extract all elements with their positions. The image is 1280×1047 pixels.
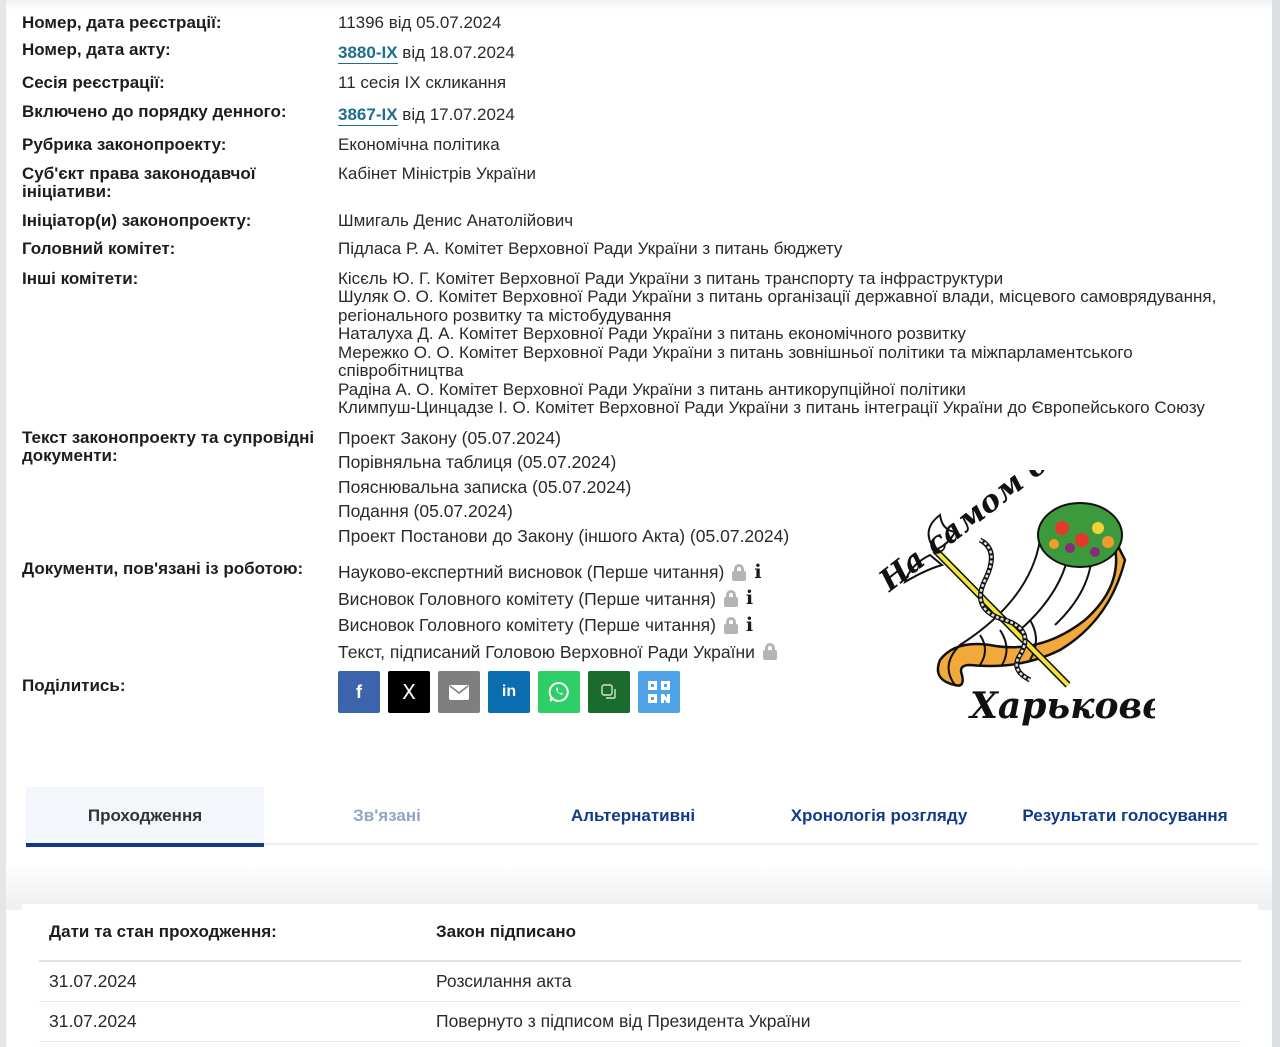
related-doc-title[interactable]: Висновок Головного комітету (Перше читан… — [338, 612, 716, 639]
tab-passage[interactable]: Проходження — [26, 787, 264, 845]
logo-text-bottom: Харькове — [968, 685, 1155, 727]
field-label: Сесія реєстрації: — [22, 74, 338, 93]
initiator-value: Шмигаль Денис Анатолійович — [338, 212, 1262, 231]
row-other-committees: Інші комітети: Кісєль Ю. Г. Комітет Верх… — [22, 270, 1262, 418]
share-copy-button[interactable] — [588, 671, 630, 713]
share-linkedin-button[interactable]: in — [488, 671, 530, 713]
field-label: Ініціатор(и) законопроекту: — [22, 212, 338, 231]
main-committee-value: Підласа Р. А. Комітет Верховної Ради Укр… — [338, 240, 1262, 259]
info-icon[interactable]: i — [746, 616, 753, 635]
row-agenda: Включено до порядку денного: 3867-IX від… — [22, 103, 1262, 125]
progress-label: Дати та стан проходження: — [39, 922, 436, 942]
share-facebook-button[interactable]: f — [338, 671, 380, 713]
top-shade — [6, 0, 1272, 10]
progress-table: Дати та стан проходження: Закон підписан… — [22, 904, 1258, 1047]
related-doc-title[interactable]: Висновок Головного комітету (Перше читан… — [338, 586, 716, 613]
row-date: 31.07.2024 — [39, 971, 436, 992]
row-event: Повернуто з підписом від Президента Укра… — [436, 1011, 1241, 1032]
tab-chronology[interactable]: Хронологія розгляду — [756, 787, 1002, 845]
table-row: 31.07.2024 Розсилання акта — [39, 962, 1241, 1002]
agenda-value: 3867-IX від 17.07.2024 — [338, 103, 1262, 125]
progress-table-header: Дати та стан проходження: Закон підписан… — [39, 904, 1241, 962]
registration-value: 11396 від 05.07.2024 — [338, 14, 1262, 33]
share-x-button[interactable]: X — [388, 671, 430, 713]
agenda-number-link[interactable]: 3867-IX — [338, 105, 398, 126]
scrollbar-track[interactable] — [1272, 0, 1280, 1047]
email-icon — [449, 685, 469, 700]
field-label: Головний комітет: — [22, 240, 338, 259]
info-icon[interactable]: i — [746, 589, 753, 608]
row-act: Номер, дата акту: 3880-IX від 18.07.2024 — [22, 41, 1262, 63]
field-label: Номер, дата реєстрації: — [22, 14, 338, 33]
x-icon: X — [402, 683, 416, 702]
tab-voting-results[interactable]: Результати голосування — [1002, 787, 1248, 845]
agenda-date: від 17.07.2024 — [402, 105, 515, 124]
bill-tabs: Проходження Зв'язані Альтернативні Хроно… — [26, 787, 1258, 845]
whatsapp-icon — [548, 681, 570, 703]
committee-item: Мережко О. О. Комітет Верховної Ради Укр… — [338, 344, 1262, 381]
field-label: Суб'єкт права законодавчої ініціативи: — [22, 165, 338, 202]
harkiv-logo-image: На самом деле в Харькове — [870, 470, 1155, 735]
row-main-committee: Головний комітет: Підласа Р. А. Комітет … — [22, 240, 1262, 259]
field-label: Документи, пов'язані із роботою: — [22, 560, 338, 665]
related-doc-title[interactable]: Науково-експертний висновок (Перше читан… — [338, 559, 724, 586]
lock-icon — [763, 643, 777, 660]
row-subject: Суб'єкт права законодавчої ініціативи: К… — [22, 165, 1262, 202]
tab-alternative[interactable]: Альтернативні — [510, 787, 756, 845]
subject-value: Кабінет Міністрів України — [338, 165, 1262, 202]
other-committees-list: Кісєль Ю. Г. Комітет Верховної Ради Укра… — [338, 270, 1262, 418]
table-row: 31.07.2024 Повернуто з підписом від През… — [39, 1002, 1241, 1042]
related-doc-title[interactable]: Текст, підписаний Головою Верховної Ради… — [338, 639, 755, 666]
row-session: Сесія реєстрації: 11 сесія IX скликання — [22, 74, 1262, 93]
linkedin-icon: in — [502, 683, 516, 702]
lock-icon — [732, 564, 746, 581]
facebook-icon: f — [356, 683, 362, 702]
document-link[interactable]: Проект Закону (05.07.2024) — [338, 426, 1262, 451]
share-whatsapp-button[interactable] — [538, 671, 580, 713]
field-label: Інші комітети: — [22, 270, 338, 418]
info-icon[interactable]: i — [754, 563, 761, 582]
field-label: Номер, дата акту: — [22, 41, 338, 63]
lock-icon — [724, 590, 738, 607]
rubric-value: Економічна політика — [338, 136, 1262, 155]
committee-item: Шуляк О. О. Комітет Верховної Ради Украї… — [338, 288, 1262, 325]
committee-item: Кісєль Ю. Г. Комітет Верховної Ради Укра… — [338, 270, 1262, 289]
row-date: 31.07.2024 — [39, 1011, 436, 1032]
field-label: Поділитись: — [22, 677, 338, 721]
tab-related[interactable]: Зв'язані — [264, 787, 510, 845]
field-label: Рубрика законопроекту: — [22, 136, 338, 155]
share-qr-button[interactable] — [638, 671, 680, 713]
row-event: Розсилання акта — [436, 971, 1241, 992]
row-rubric: Рубрика законопроекту: Економічна політи… — [22, 136, 1262, 155]
committee-item: Климпуш-Цинцадзе І. О. Комітет Верховної… — [338, 399, 1262, 418]
section-divider — [6, 862, 1272, 910]
progress-status: Закон підписано — [436, 922, 1241, 942]
act-date: від 18.07.2024 — [402, 43, 515, 62]
committee-item: Радіна А. О. Комітет Верховної Ради Укра… — [338, 381, 1262, 400]
row-initiator: Ініціатор(и) законопроекту: Шмигаль Дени… — [22, 212, 1262, 231]
committee-item: Наталуха Д. А. Комітет Верховної Ради Ук… — [338, 325, 1262, 344]
row-registration: Номер, дата реєстрації: 11396 від 05.07.… — [22, 14, 1262, 33]
copy-icon — [601, 684, 617, 700]
field-label: Текст законопроекту та супровідні докуме… — [22, 429, 338, 549]
session-value: 11 сесія IX скликання — [338, 74, 1262, 93]
qr-code-icon — [647, 680, 671, 704]
act-value: 3880-IX від 18.07.2024 — [338, 41, 1262, 63]
share-email-button[interactable] — [438, 671, 480, 713]
lock-icon — [724, 617, 738, 634]
act-number-link[interactable]: 3880-IX — [338, 43, 398, 64]
field-label: Включено до порядку денного: — [22, 103, 338, 125]
